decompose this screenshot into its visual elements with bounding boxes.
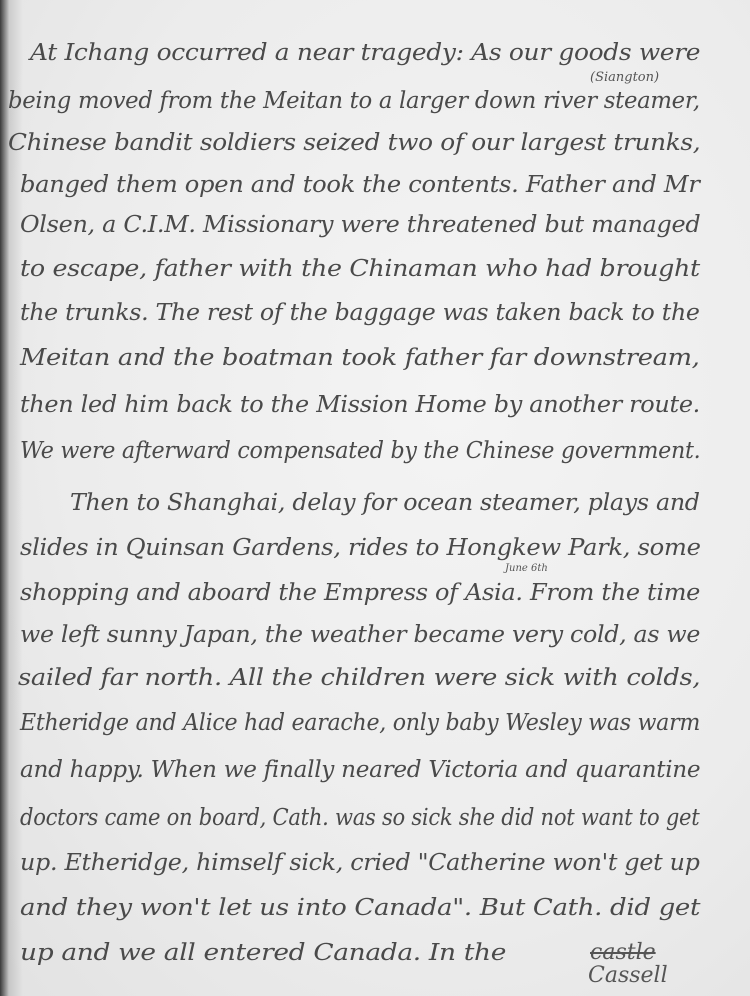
text-line: At Ichang occurred a near tragedy: As ou… [30, 40, 700, 66]
text-line: shopping and aboard the Empress of Asia.… [20, 580, 700, 606]
text-line: then led him back to the Mission Home by… [20, 392, 700, 418]
annotation-siangton: (Siangton) [590, 70, 659, 85]
text-line: Chinese bandit soldiers seized two of ou… [8, 130, 700, 156]
text-line: Meitan and the boatman took father far d… [20, 345, 699, 371]
text-line: sailed far north. All the children were … [18, 665, 700, 691]
text-line: up. Etheridge, himself sick, cried "Cath… [20, 850, 700, 876]
text-line: slides in Quinsan Gardens, rides to Hong… [20, 535, 701, 561]
text-line: up and we all entered Canada. In the [20, 940, 506, 966]
text-line: being moved from the Meitan to a larger … [8, 88, 700, 114]
struck-through-word: castle [590, 940, 656, 965]
text-line: and they won't let us into Canada". But … [20, 895, 700, 921]
text-line: doctors came on board, Cath. was so sick… [20, 805, 699, 831]
annotation-cassell: Cassell [588, 963, 668, 988]
text-line: to escape, father with the Chinaman who … [20, 256, 700, 282]
text-line: We were afterward compensated by the Chi… [20, 438, 700, 464]
manuscript-page: At Ichang occurred a near tragedy: As ou… [0, 0, 750, 996]
text-line: Etheridge and Alice had earache, only ba… [20, 710, 700, 736]
text-line: Olsen, a C.I.M. Missionary were threaten… [20, 212, 700, 238]
text-line: the trunks. The rest of the baggage was … [20, 300, 700, 326]
paragraph-start-line: Then to Shanghai, delay for ocean steame… [70, 490, 700, 516]
text-line: we left sunny Japan, the weather became … [20, 622, 700, 648]
annotation-date: June 6th [505, 563, 548, 574]
text-line: and happy. When we finally neared Victor… [20, 757, 700, 783]
text-line: banged them open and took the contents. … [20, 172, 700, 198]
